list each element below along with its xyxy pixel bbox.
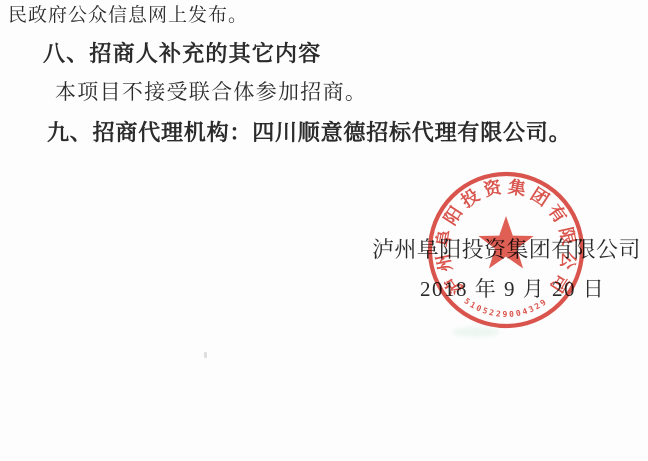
scan-artifact-speck	[204, 352, 207, 358]
document-page: 民政府公众信息网上发布。 八、招商人补充的其它内容 本项目不接受联合体参加招商。…	[0, 0, 648, 461]
heading-section-9: 九、招商代理机构：四川顺意德招标代理有限公司。	[47, 119, 571, 147]
official-seal: 泸州阜阳投资集团有限公司 5105229004329	[424, 168, 588, 332]
seal-serial-number: 5105229004329	[462, 296, 549, 319]
paragraph-no-consortium: 本项目不接受联合体参加招商。	[55, 79, 367, 105]
heading-section-8: 八、招商人补充的其它内容	[43, 40, 321, 68]
scan-artifact-smudge	[452, 327, 500, 337]
seal-star-icon	[478, 216, 533, 269]
paragraph-publish-note: 民政府公众信息网上发布。	[8, 4, 248, 28]
